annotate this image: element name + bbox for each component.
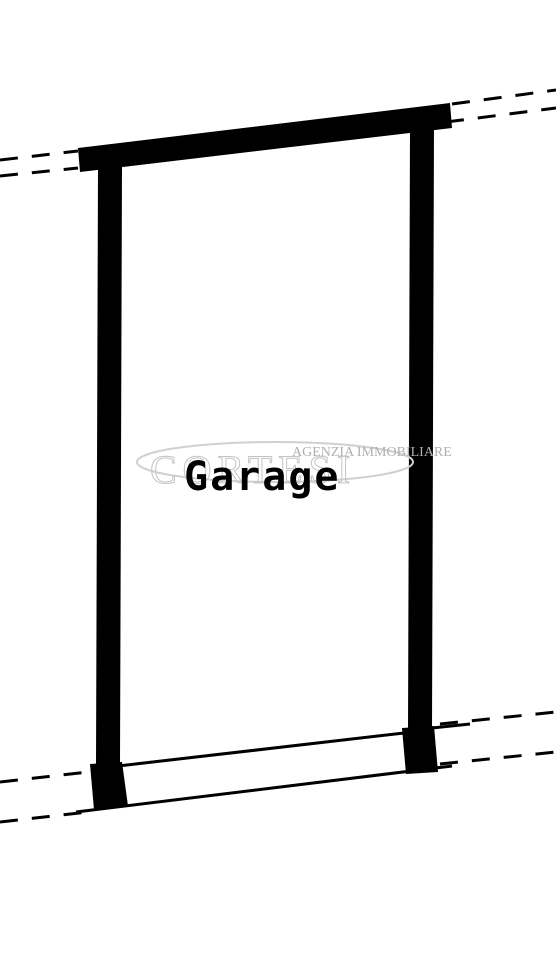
door-line-right-ext bbox=[432, 724, 470, 728]
wall-top bbox=[78, 103, 452, 172]
dashed-lines-top-left bbox=[0, 151, 78, 176]
dashed-lines-bottom-right bbox=[440, 712, 556, 764]
door-line-inner bbox=[118, 733, 404, 766]
floor-plan: AGENZIA IMMOBILIARE CORTESI Garage bbox=[0, 0, 556, 968]
room-label-garage: Garage bbox=[184, 454, 341, 500]
pillar-bottom-right bbox=[402, 726, 438, 774]
wall-left bbox=[96, 166, 122, 766]
door-line-outer bbox=[76, 766, 452, 812]
pillar-bottom-left bbox=[90, 762, 128, 810]
wall-right bbox=[408, 126, 434, 732]
dashed-lines-bottom-left bbox=[0, 772, 88, 822]
dashed-lines-top-right bbox=[446, 90, 556, 122]
